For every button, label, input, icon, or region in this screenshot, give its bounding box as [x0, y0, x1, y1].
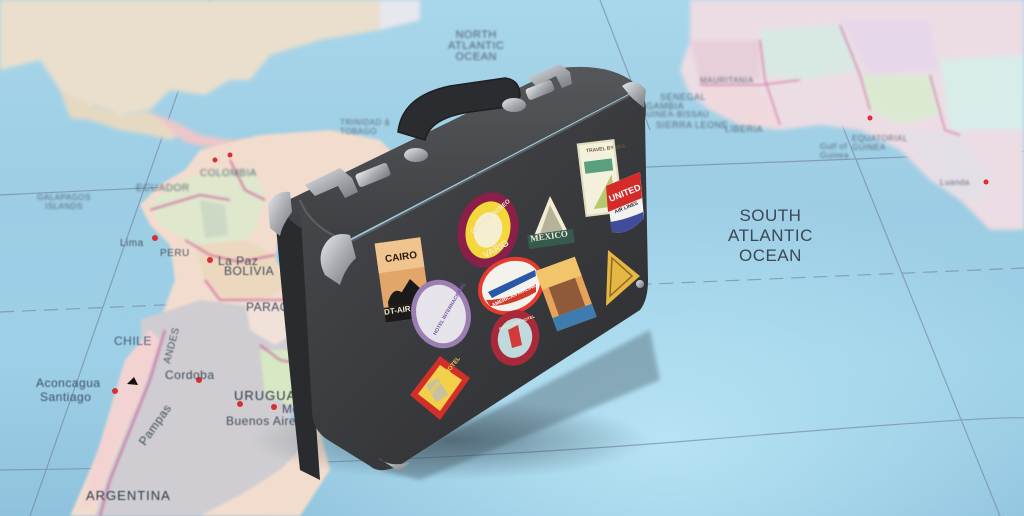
handle-mount-icon [404, 148, 428, 162]
suitcase [0, 0, 1024, 516]
handle-mount-icon [502, 98, 526, 112]
travel-map-photo: SOUTH ATLANTIC OCEAN NORTH ATLANTIC OCEA… [0, 0, 1024, 516]
corner-guard-icon [636, 280, 644, 288]
